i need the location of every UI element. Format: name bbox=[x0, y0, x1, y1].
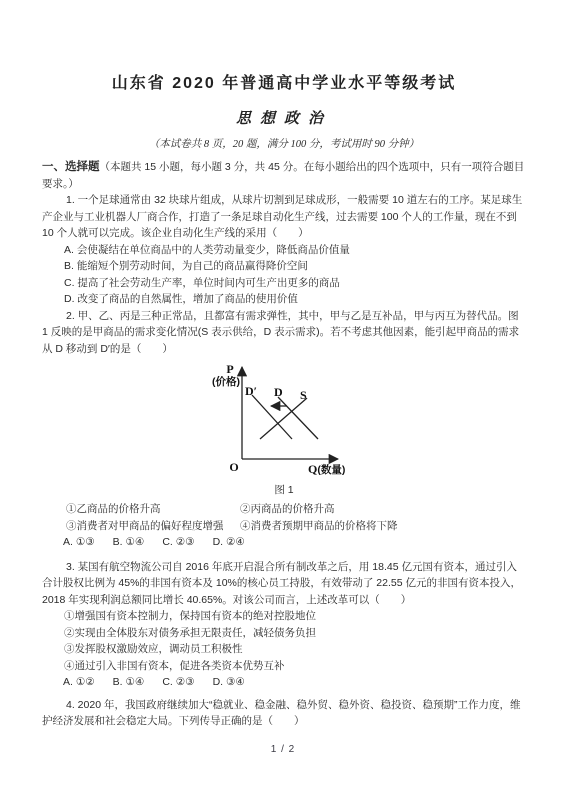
question-2-item-2: ②丙商品的价格升高 bbox=[240, 503, 335, 515]
figure-1-caption: 图 1 bbox=[42, 483, 526, 497]
x-axis-label: Q(数量) bbox=[308, 462, 345, 476]
question-3-choices: A. ①②B. ①④C. ②③D. ③④ bbox=[42, 674, 526, 691]
question-3-stem: 3. 某国有航空物流公司自 2016 年底开启混合所有制改革之后，用 18.45… bbox=[42, 559, 526, 609]
section-instructions: （本题共 15 小题，每小题 3 分，共 45 分。在每小题给出的四个选项中，只… bbox=[42, 161, 524, 190]
question-3-item-4: ④通过引入非国有资本，促进各类资本优势互补 bbox=[42, 658, 526, 675]
x-axis-sublabel: (数量) bbox=[317, 463, 345, 476]
question-2-choice-a: A. ①③ bbox=[63, 534, 95, 551]
y-axis-sublabel: (价格) bbox=[212, 375, 240, 388]
figure-1: P (价格) O Q(数量) D′ D S bbox=[42, 359, 526, 481]
supply-demand-chart: P (价格) O Q(数量) D′ D S bbox=[190, 359, 410, 481]
demand-label: D bbox=[274, 385, 283, 399]
document-body: 山东省 2020 年普通高中学业水平等级考试 思想政治 （本试卷共 8 页，20… bbox=[42, 0, 526, 730]
question-3-item-2: ②实现由全体股东对债务承担无限责任，减轻债务负担 bbox=[42, 625, 526, 642]
question-2-choice-d: D. ②④ bbox=[213, 534, 245, 551]
supply-curve bbox=[260, 398, 307, 439]
question-3-item-1: ①增强国有资本控制力，保持国有资本的绝对控股地位 bbox=[42, 608, 526, 625]
question-2-stem: 2. 甲、乙、丙是三种正常品，且都富有需求弹性，其中，甲与乙是互补品，甲与丙互为… bbox=[42, 308, 526, 358]
question-3-choice-d: D. ③④ bbox=[213, 674, 245, 691]
question-2-items-row-2: ③消费者对甲商品的偏好程度增强④消费者预期甲商品的价格将下降 bbox=[42, 518, 526, 535]
section-label: 一、选择题 bbox=[42, 161, 100, 173]
subject-title: 思想政治 bbox=[42, 110, 526, 129]
y-axis-label: P bbox=[226, 362, 233, 376]
question-2-choices: A. ①③B. ①④C. ②③D. ②④ bbox=[42, 534, 526, 551]
question-2-item-1: ①乙商品的价格升高 bbox=[66, 501, 240, 518]
question-3-item-3: ③发挥股权激励效应，调动员工积极性 bbox=[42, 641, 526, 658]
question-1-option-c: C. 提高了社会劳动生产率，单位时间内可生产出更多的商品 bbox=[42, 275, 526, 292]
section-header: 一、选择题（本题共 15 小题，每小题 3 分，共 45 分。在每小题给出的四个… bbox=[42, 159, 526, 192]
question-1-option-b: B. 能缩短个别劳动时间，为自己的商品赢得降价空间 bbox=[42, 258, 526, 275]
question-1-stem: 1. 一个足球通常由 32 块球片组成，从球片切割到足球成形，一般需要 10 道… bbox=[42, 192, 526, 242]
page-number: 1 / 2 bbox=[0, 744, 566, 755]
paper-info: （本试卷共 8 页，20 题，满分 100 分，考试用时 90 分钟） bbox=[42, 138, 526, 151]
question-1-option-a: A. 会使凝结在单位商品中的人类劳动量变少，降低商品价值量 bbox=[42, 242, 526, 259]
exam-page: 山东省 2020 年普通高中学业水平等级考试 思想政治 （本试卷共 8 页，20… bbox=[0, 0, 566, 800]
demand-shifted-label: D′ bbox=[245, 384, 257, 398]
question-2-item-4: ④消费者预期甲商品的价格将下降 bbox=[240, 520, 398, 532]
question-2-choice-b: B. ①④ bbox=[113, 534, 145, 551]
question-2-items-row-1: ①乙商品的价格升高②丙商品的价格升高 bbox=[42, 501, 526, 518]
question-3-choice-c: C. ②③ bbox=[162, 674, 194, 691]
x-axis-letter: Q bbox=[308, 462, 317, 476]
question-2-item-3: ③消费者对甲商品的偏好程度增强 bbox=[66, 518, 240, 535]
supply-label: S bbox=[300, 388, 307, 402]
page-title: 山东省 2020 年普通高中学业水平等级考试 bbox=[42, 0, 526, 94]
question-4-stem: 4. 2020 年，我国政府继续加大“稳就业、稳金融、稳外贸、稳外资、稳投资、稳… bbox=[42, 697, 526, 730]
question-1-option-d: D. 改变了商品的自然属性，增加了商品的使用价值 bbox=[42, 291, 526, 308]
question-2-choice-c: C. ②③ bbox=[162, 534, 194, 551]
question-3-choice-b: B. ①④ bbox=[113, 674, 145, 691]
question-3-choice-a: A. ①② bbox=[63, 674, 95, 691]
origin-label: O bbox=[229, 460, 238, 474]
